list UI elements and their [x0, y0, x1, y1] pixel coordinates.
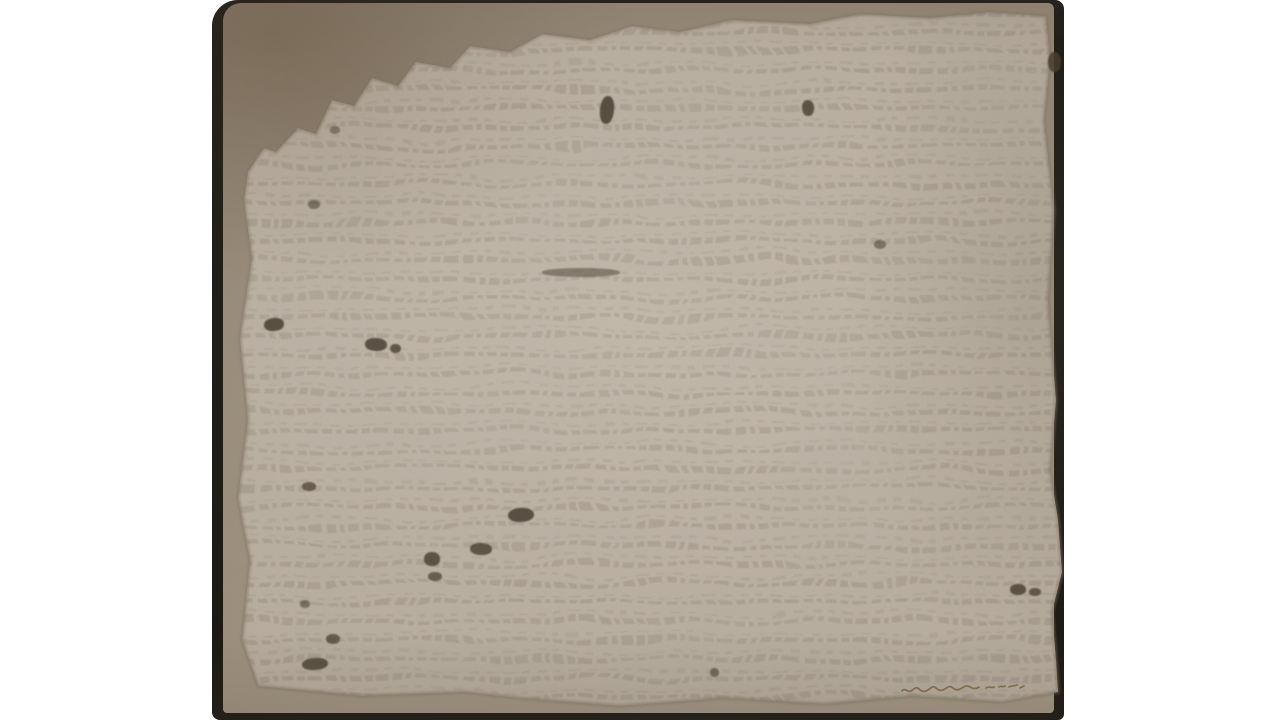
artwork-plaster-surface [212, 0, 1064, 720]
artwork-photo: Untitled textured tablet painting, illeg… [212, 0, 1064, 720]
plaster-field [212, 0, 1064, 720]
page: Untitled textured tablet painting, illeg… [0, 0, 1280, 720]
